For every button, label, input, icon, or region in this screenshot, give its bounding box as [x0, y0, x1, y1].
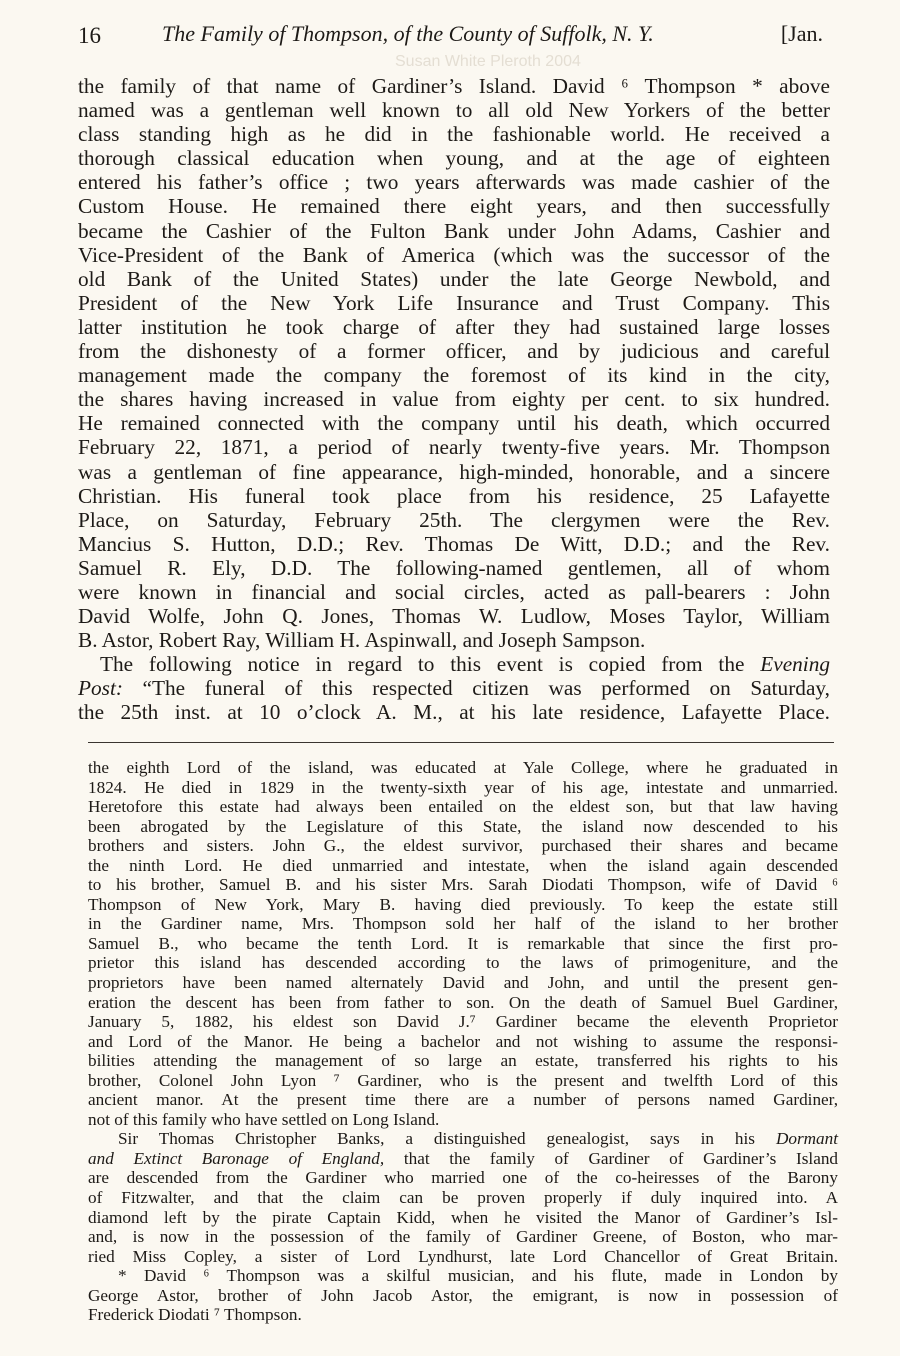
italic-dormant: Dormant [776, 1129, 838, 1148]
text-line: He remained connected with the company u… [78, 411, 830, 435]
text-line-evening: The following notice in regard to this e… [78, 652, 830, 676]
note-line: proprietors have been named alternately … [88, 973, 838, 993]
text-line: named was a gentleman well known to all … [78, 98, 830, 122]
book-page: 16 The Family of Thompson, of the County… [0, 0, 900, 1356]
text-line: class standing high as he did in the fas… [78, 122, 830, 146]
text-line: Samuel R. Ely, D.D. The following-named … [78, 556, 830, 580]
note-line: brother, Colonel John Lyon ⁷ Gardiner, w… [88, 1071, 838, 1091]
text-line: Christian. His funeral took place from h… [78, 484, 830, 508]
note-line: eration the descent has been from father… [88, 993, 838, 1013]
text-line: President of the New York Life Insurance… [78, 291, 830, 315]
note-line: 1824. He died in 1829 in the twenty-sixt… [88, 778, 838, 798]
note-line: to his brother, Samuel B. and his sister… [88, 875, 838, 895]
text-line: the shares having increased in value fro… [78, 387, 830, 411]
note-line: brothers and sisters. John G., the eldes… [88, 836, 838, 856]
running-month: [Jan. [781, 18, 823, 50]
note-line: in the Gardiner name, Mrs. Thompson sold… [88, 914, 838, 934]
text-line: the family of that name of Gardiner’s Is… [78, 74, 830, 98]
footnote-rule [88, 742, 834, 743]
note-line: the ninth Lord. He died unmarried and in… [88, 856, 838, 876]
text-line: were known in financial and social circl… [78, 580, 830, 604]
text-line: the 25th inst. at 10 o’clock A. M., at h… [78, 700, 830, 724]
text-line: David Wolfe, John Q. Jones, Thomas W. Lu… [78, 604, 830, 628]
running-title: The Family of Thompson, of the County of… [162, 18, 654, 50]
note-line: the eighth Lord of the island, was educa… [88, 758, 838, 778]
note-line: and, is now in the possession of the fam… [88, 1227, 838, 1247]
note-line: George Astor, brother of John Jacob Asto… [88, 1286, 838, 1306]
footnote-asterisk-line: * David ⁶ Thompson was a skilful musicia… [88, 1266, 838, 1286]
text-line: old Bank of the United States) under the… [78, 267, 830, 291]
text-fragment: “The funeral of this respected citizen w… [143, 676, 830, 700]
italic-book-title: and Extinct Baronage of England, [88, 1149, 384, 1168]
note-line: been abrogated by the Legislature of thi… [88, 817, 838, 837]
text-line: from the dishonesty of a former officer,… [78, 339, 830, 363]
note-line: bilities attending the management of so … [88, 1051, 838, 1071]
note-line: Heretofore this estate had always been e… [88, 797, 838, 817]
text-line-post: Post: “The funeral of this respected cit… [78, 676, 830, 700]
italic-post: Post: [78, 676, 123, 700]
watermark: Susan White Pleroth 2004 [395, 53, 581, 71]
text-line: Custom House. He remained there eight ye… [78, 194, 830, 218]
note-line: not of this family who have settled on L… [88, 1110, 838, 1130]
note-line: ried Miss Copley, a sister of Lord Lyndh… [88, 1247, 838, 1267]
text-fragment: Sir Thomas Christopher Banks, a distingu… [118, 1129, 755, 1148]
text-line: February 22, 1871, a period of nearly tw… [78, 435, 830, 459]
note-line-dormant: Sir Thomas Christopher Banks, a distingu… [88, 1129, 838, 1149]
text-line: became the Cashier of the Fulton Bank un… [78, 219, 830, 243]
note-line: diamond left by the pirate Captain Kidd,… [88, 1208, 838, 1228]
note-line: Frederick Diodati ⁷ Thompson. [88, 1305, 838, 1325]
note-line: Samuel B., who became the tenth Lord. It… [88, 934, 838, 954]
text-fragment: that the family of Gardiner of Gardiner’… [404, 1149, 838, 1168]
note-line: January 5, 1882, his eldest son David J.… [88, 1012, 838, 1032]
text-line: thorough classical education when young,… [78, 146, 830, 170]
running-header: 16 The Family of Thompson, of the County… [78, 18, 823, 50]
note-line: are descended from the Gardiner who marr… [88, 1168, 838, 1188]
text-line: was a gentleman of fine appearance, high… [78, 460, 830, 484]
text-line: Vice-President of the Bank of America (w… [78, 243, 830, 267]
text-line: management made the company the foremost… [78, 363, 830, 387]
note-line: of Fitzwalter, and that the claim can be… [88, 1188, 838, 1208]
text-line: Place, on Saturday, February 25th. The c… [78, 508, 830, 532]
text-fragment: The following notice in regard to this e… [100, 652, 744, 676]
main-text: the family of that name of Gardiner’s Is… [78, 74, 830, 725]
text-line: latter institution he took charge of aft… [78, 315, 830, 339]
text-line: entered his father’s office ; two years … [78, 170, 830, 194]
note-line: Thompson of New York, Mary B. having die… [88, 895, 838, 915]
italic-evening: Evening [760, 652, 830, 676]
note-line-extinct: and Extinct Baronage of England, that th… [88, 1149, 838, 1169]
footnotes: the eighth Lord of the island, was educa… [88, 758, 838, 1325]
text-line: B. Astor, Robert Ray, William H. Aspinwa… [78, 628, 830, 652]
text-line: Mancius S. Hutton, D.D.; Rev. Thomas De … [78, 532, 830, 556]
note-line: ancient manor. At the present time there… [88, 1090, 838, 1110]
note-line: prietor this island has descended accord… [88, 953, 838, 973]
note-line: and Lord of the Manor. He being a bachel… [88, 1032, 838, 1052]
page-number: 16 [78, 20, 101, 52]
